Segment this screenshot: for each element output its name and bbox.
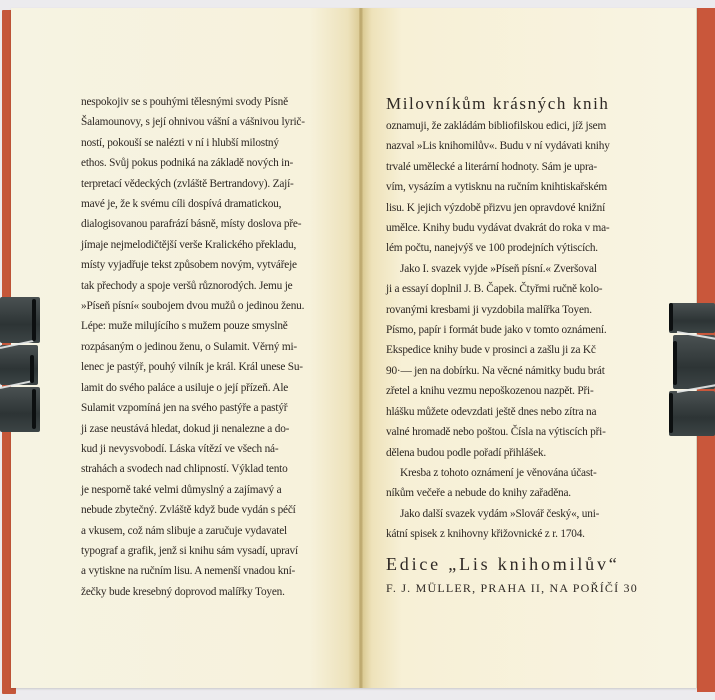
binder-clip-left [0,297,42,432]
text-line: Sulamit vzpomíná jen na svého pastýře a … [81,398,332,418]
text-line: a vytiskne na ručním lisu. A nemenší vna… [81,561,332,581]
text-line: žečky bude kresebný doprovod malířky Toy… [81,582,332,602]
text-line: Jako I. svazek vyjde »Píseň písní.« Zver… [386,259,634,279]
text-line: nazval »Lis knihomilův«. Budu v ní vydáv… [386,136,634,156]
text-line: a vkusem, což nám slibuje a zaručuje vyd… [81,521,332,541]
text-line: terpretací vědeckých (zvláště Bertrandov… [81,174,332,194]
text-line: strahách a svodech nad chlipností. Výkla… [81,459,332,479]
text-line: oznamuji, že zakládám bibliofilskou edic… [386,116,634,136]
text-line: dělena budou podle pořadí přihlášek. [386,443,634,463]
text-line: rovanými kresbami ji vyzdobila malířka T… [386,300,634,320]
text-line: níkům večeře a nebude do knihy zařaděna. [386,483,634,503]
text-line: 90·— jen na dobírku. Na věcné námitky bu… [386,361,634,381]
paragraph-next-volume: Jako další svazek vydám »Slovář český«, … [386,504,634,545]
paragraph-first-volume: Jako I. svazek vyjde »Píseň písní.« Zver… [386,259,634,463]
text-line: dialogisovanou parafrází básně, místy do… [81,214,332,234]
text-line: lamit do svého paláce a usiluje o její p… [81,378,332,398]
text-line: Jako další svazek vydám »Slovář český«, … [386,504,634,524]
binder-clip-right [667,303,715,436]
text-line: nebude zbytečný. Zvláště když bude vydán… [81,500,332,520]
text-line: je nesporně také velmi důmyslný a zajíma… [81,480,332,500]
text-line: lenec je pastýř, pouhý vilník je král. K… [81,357,332,377]
text-line: mavé je, že k svému cíli dospívá dramati… [81,194,332,214]
text-line: ethos. Svůj pokus podniká na základě nov… [81,153,332,173]
text-line: Kresba z tohoto oznámení je věnována úča… [386,463,634,483]
text-line: tak přechody a spoje veršů různorodých. … [81,276,332,296]
open-book: nespokojiv se s pouhými tělesnými svody … [0,0,715,700]
text-line: valné hromadě nebo poštou. Čísla na výti… [386,422,634,442]
text-line: umělce. Knihy budu vydávat dvakrát do ro… [386,218,634,238]
paragraph-drawing-note: Kresba z tohoto oznámení je věnována úča… [386,463,634,504]
publisher-address: F. J. MÜLLER, PRAHA II, NA POŘÍČÍ 30 [386,577,634,599]
announcement-heading: Milovníkům krásných knih [386,92,634,116]
text-line: typograf a grafik, jenž si knihu sám vys… [81,541,332,561]
text-line: »Píseň písní« soubojem dvou mužů o jedin… [81,296,332,316]
text-line: Ekspedice knihy bude v prosinci a zašlu … [386,340,634,360]
edition-title: Edice „Lis knihomilův“ [386,551,634,577]
text-line: Písmo, papír i formát bude jako v tomto … [386,320,634,340]
text-line: vím, vysázím a vytisknu na ručním knihti… [386,177,634,197]
text-line: lisu. K jejich výzdobě přizvu jen opravd… [386,198,634,218]
text-line: Šalamounovy, s její ohnivou vášní a vášn… [81,112,332,132]
text-line: trvalé umělecké a literární hodnoty. Sám… [386,157,634,177]
text-line: ji a essayí doplnil J. B. Čapek. Čtyřmi … [386,279,634,299]
text-line: kud ji nevysvobodí. Láska vítězí ve všec… [81,439,332,459]
right-page-text: Milovníkům krásných knih oznamuji, že za… [386,92,634,599]
text-line: lém počtu, nanejvýš ve 100 prodejních vý… [386,238,634,258]
text-line: jímaje nejmelodičtější verše Kralického … [81,235,332,255]
text-line: rozpásaným o jedinou ženu, o Sulamit. Vě… [81,337,332,357]
text-line: ji zase neustává hledat, dokud ji nenale… [81,419,332,439]
text-line: hlášku můžete odevzdati ještě dnes nebo … [386,402,634,422]
text-line: nespokojiv se s pouhými tělesnými svody … [81,92,332,112]
text-line: kátní spisek z knihovny křižovnické z r.… [386,524,634,544]
text-line: zřetel a knihu vezmu nepoškozenou nazpět… [386,381,634,401]
text-line: Lépe: muže milujícího s mužem pouze smys… [81,316,332,336]
book-gutter [359,8,363,688]
left-page-text: nespokojiv se s pouhými tělesnými svody … [81,92,332,602]
text-line: místy vyjadřuje tekst způsobem novým, vy… [81,255,332,275]
paragraph-intro: oznamuji, že zakládám bibliofilskou edic… [386,116,634,259]
text-line: ností, pokouší se nalézti v ní i hlubší … [81,133,332,153]
